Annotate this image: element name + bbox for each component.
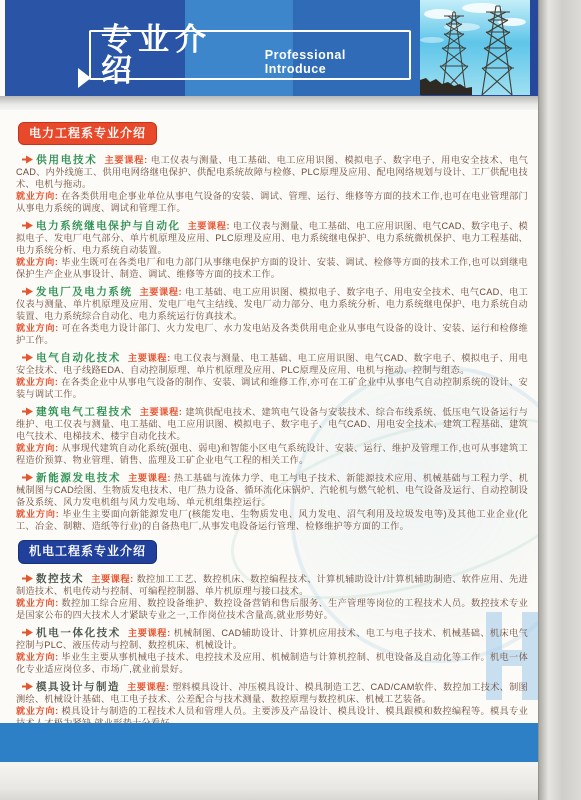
major-item: 电力系统继电保护与自动化主要课程: 电工仪表与测量、电工基础、电工应用识图、电气… xyxy=(16,220,528,280)
courses-label: 主要课程: xyxy=(128,473,171,483)
major-name: 新能源发电技术 xyxy=(36,472,121,484)
page-subtitle: Professional Introduce xyxy=(265,48,409,76)
major-jobs-line: 就业方向: 毕业生既可在各类电厂和电力部门从事继电保护方面的设计、安装、调试、检… xyxy=(16,256,528,280)
major-name: 建筑电气工程技术 xyxy=(36,406,133,418)
major-name: 发电厂及电力系统 xyxy=(36,286,133,298)
scanned-page: 专业介绍 Professional Introduce 电力工程系专业介绍 供用… xyxy=(0,0,538,800)
courses-label: 主要课程: xyxy=(128,353,171,363)
jobs-text: 从事现代建筑自动化系统(强电、弱电)和智能小区电气系统设计、安装、运行、维护及管… xyxy=(16,443,528,465)
arrow-bullet-icon xyxy=(22,353,33,362)
jobs-text: 可在各类电力设计部门、火力发电厂、水力发电站及各类供用电企业从事电气设备的设计、… xyxy=(16,323,528,345)
major-item: 数控技术主要课程: 数控加工工艺、数控机床、数控编程技术、计算机辅助设计/计算机… xyxy=(16,573,528,621)
major-name: 数控技术 xyxy=(36,573,84,585)
jobs-text: 毕业生主要面向新能源发电厂(核能发电、生物质发电、风力发电、沼气利用及垃圾发电等… xyxy=(16,509,528,531)
transmission-towers-illustration xyxy=(420,0,530,95)
major-name: 模具设计与制造 xyxy=(36,681,120,693)
jobs-label: 就业方向: xyxy=(16,598,59,608)
major-courses-line: 新能源发电技术主要课程: 热工基础与流体力学、电工与电子技术、新能源技术应用、机… xyxy=(16,472,528,508)
major-courses-line: 数控技术主要课程: 数控加工工艺、数控机床、数控编程技术、计算机辅助设计/计算机… xyxy=(16,573,528,597)
arrow-bullet-icon xyxy=(22,574,33,583)
jobs-label: 就业方向: xyxy=(16,377,58,387)
jobs-label: 就业方向: xyxy=(16,257,58,267)
courses-label: 主要课程: xyxy=(127,682,169,692)
jobs-text: 毕业生既可在各类电厂和电力部门从事继电保护方面的设计、安装、调试、检修等方面的技… xyxy=(16,257,528,279)
major-item: 新能源发电技术主要课程: 热工基础与流体力学、电工与电子技术、新能源技术应用、机… xyxy=(16,472,528,532)
arrow-bullet-icon xyxy=(22,287,33,296)
courses-label: 主要课程: xyxy=(188,221,230,231)
transmission-towers-photo xyxy=(420,0,530,95)
major-courses-line: 供用电技术主要课程: 电工仪表与测量、电工基础、电工应用识图、模拟电子、数字电子… xyxy=(16,154,528,190)
jobs-label: 就业方向: xyxy=(16,706,59,716)
major-item: 机电一体化技术主要课程: 机械制图、CAD辅助设计、计算机应用技术、电工与电子技… xyxy=(16,627,528,675)
major-name: 机电一体化技术 xyxy=(36,627,121,639)
jobs-label: 就业方向: xyxy=(16,323,59,333)
jobs-text: 模具设计与制造的工程技术人员和管理人员。主要涉及产品设计、模具设计、模具跟模和数… xyxy=(16,706,528,724)
major-courses-line: 机电一体化技术主要课程: 机械制图、CAD辅助设计、计算机应用技术、电工与电子技… xyxy=(16,627,528,651)
jobs-label: 就业方向: xyxy=(16,443,59,453)
major-courses-line: 模具设计与制造主要课程: 塑料模具设计、冲压模具设计、模具制造工艺、CAD/CA… xyxy=(16,681,528,705)
arrow-bullet-icon xyxy=(22,473,33,482)
major-courses-line: 发电厂及电力系统主要课程: 电工基础、电工应用识图、模拟电子、数字电子、用电安全… xyxy=(16,286,528,322)
jobs-text: 数控加工综合应用、数控设备维护、数控设备营销和售后服务、生产管理等岗位的工程技术… xyxy=(16,598,528,620)
major-item: 模具设计与制造主要课程: 塑料模具设计、冲压模具设计、模具制造工艺、CAD/CA… xyxy=(16,681,528,724)
major-item: 发电厂及电力系统主要课程: 电工基础、电工应用识图、模拟电子、数字电子、用电安全… xyxy=(16,286,528,346)
dept-header-power-engineering: 电力工程系专业介绍 xyxy=(18,122,157,145)
jobs-text: 在各类供用电企事业单位从事电气设备的安装、调试、管理、运行、维修等方面的技术工作… xyxy=(16,191,528,213)
page-bottom-margin xyxy=(0,762,538,800)
courses-label: 主要课程: xyxy=(140,287,183,297)
major-jobs-line: 就业方向: 毕业生主要从事机械电子技术、电控技术及应用、机械制造与计算机控制、机… xyxy=(16,651,528,675)
arrow-bullet-icon xyxy=(22,407,33,416)
major-name: 电气自动化技术 xyxy=(36,352,121,364)
content-area: 电力工程系专业介绍 供用电技术主要课程: 电工仪表与测量、电工基础、电工应用识图… xyxy=(0,116,538,724)
jobs-label: 就业方向: xyxy=(16,191,58,201)
major-jobs-line: 就业方向: 在各类企业中从事电气设备的制作、安装、调试和维修工作,亦可在工矿企业… xyxy=(16,376,528,400)
major-jobs-line: 就业方向: 模具设计与制造的工程技术人员和管理人员。主要涉及产品设计、模具设计、… xyxy=(16,705,528,724)
dept-header-mechatronics: 机电工程系专业介绍 xyxy=(18,540,157,563)
jobs-label: 就业方向: xyxy=(16,652,59,662)
jobs-text: 在各类企业中从事电气设备的制作、安装、调试和维修工作,亦可在工矿企业中从事电气自… xyxy=(16,377,528,399)
major-jobs-line: 就业方向: 从事现代建筑自动化系统(强电、弱电)和智能小区电气系统设计、安装、运… xyxy=(16,442,528,466)
major-courses-line: 电力系统继电保护与自动化主要课程: 电工仪表与测量、电工基础、电工应用识图、电气… xyxy=(16,220,528,256)
major-name: 供用电技术 xyxy=(36,154,97,166)
courses-label: 主要课程: xyxy=(104,155,147,165)
arrow-bullet-icon xyxy=(22,682,33,691)
title-box: 专业介绍 Professional Introduce xyxy=(89,30,411,80)
courses-label: 主要课程: xyxy=(128,628,171,638)
courses-label: 主要课程: xyxy=(140,407,183,417)
header-banner: 专业介绍 Professional Introduce xyxy=(5,0,538,96)
major-name: 电力系统继电保护与自动化 xyxy=(36,220,181,232)
major-jobs-line: 就业方向: 毕业生主要面向新能源发电厂(核能发电、生物质发电、风力发电、沼气利用… xyxy=(16,508,528,532)
page-title: 专业介绍 xyxy=(101,24,247,86)
scan-page-edge xyxy=(538,0,581,800)
courses-label: 主要课程: xyxy=(91,574,133,584)
major-item: 建筑电气工程技术主要课程: 建筑供配电技术、建筑电气设备与安装技术、综合布线系统… xyxy=(16,406,528,466)
jobs-text: 毕业生主要从事机械电子技术、电控技术及应用、机械制造与计算机控制、机电设备及自动… xyxy=(16,652,528,674)
major-courses-line: 电气自动化技术主要课程: 电工仪表与测量、电工基础、电工应用识图、电气CAD、数… xyxy=(16,352,528,376)
major-courses-line: 建筑电气工程技术主要课程: 建筑供配电技术、建筑电气设备与安装技术、综合布线系统… xyxy=(16,406,528,442)
divider-strip xyxy=(0,96,538,110)
major-jobs-line: 就业方向: 可在各类电力设计部门、火力发电厂、水力发电站及各类供用电企业从事电气… xyxy=(16,322,528,346)
arrow-bullet-icon xyxy=(22,155,33,164)
major-jobs-line: 就业方向: 在各类供用电企事业单位从事电气设备的安装、调试、管理、运行、维修等方… xyxy=(16,190,528,214)
major-item: 电气自动化技术主要课程: 电工仪表与测量、电工基础、电工应用识图、电气CAD、数… xyxy=(16,352,528,400)
arrow-icon xyxy=(78,68,91,88)
arrow-bullet-icon xyxy=(22,628,33,637)
bottom-blue-bar xyxy=(0,723,538,762)
major-item: 供用电技术主要课程: 电工仪表与测量、电工基础、电工应用识图、模拟电子、数字电子… xyxy=(16,154,528,214)
major-jobs-line: 就业方向: 数控加工综合应用、数控设备维护、数控设备营销和售后服务、生产管理等岗… xyxy=(16,597,528,621)
jobs-label: 就业方向: xyxy=(16,509,59,519)
arrow-bullet-icon xyxy=(22,221,33,230)
